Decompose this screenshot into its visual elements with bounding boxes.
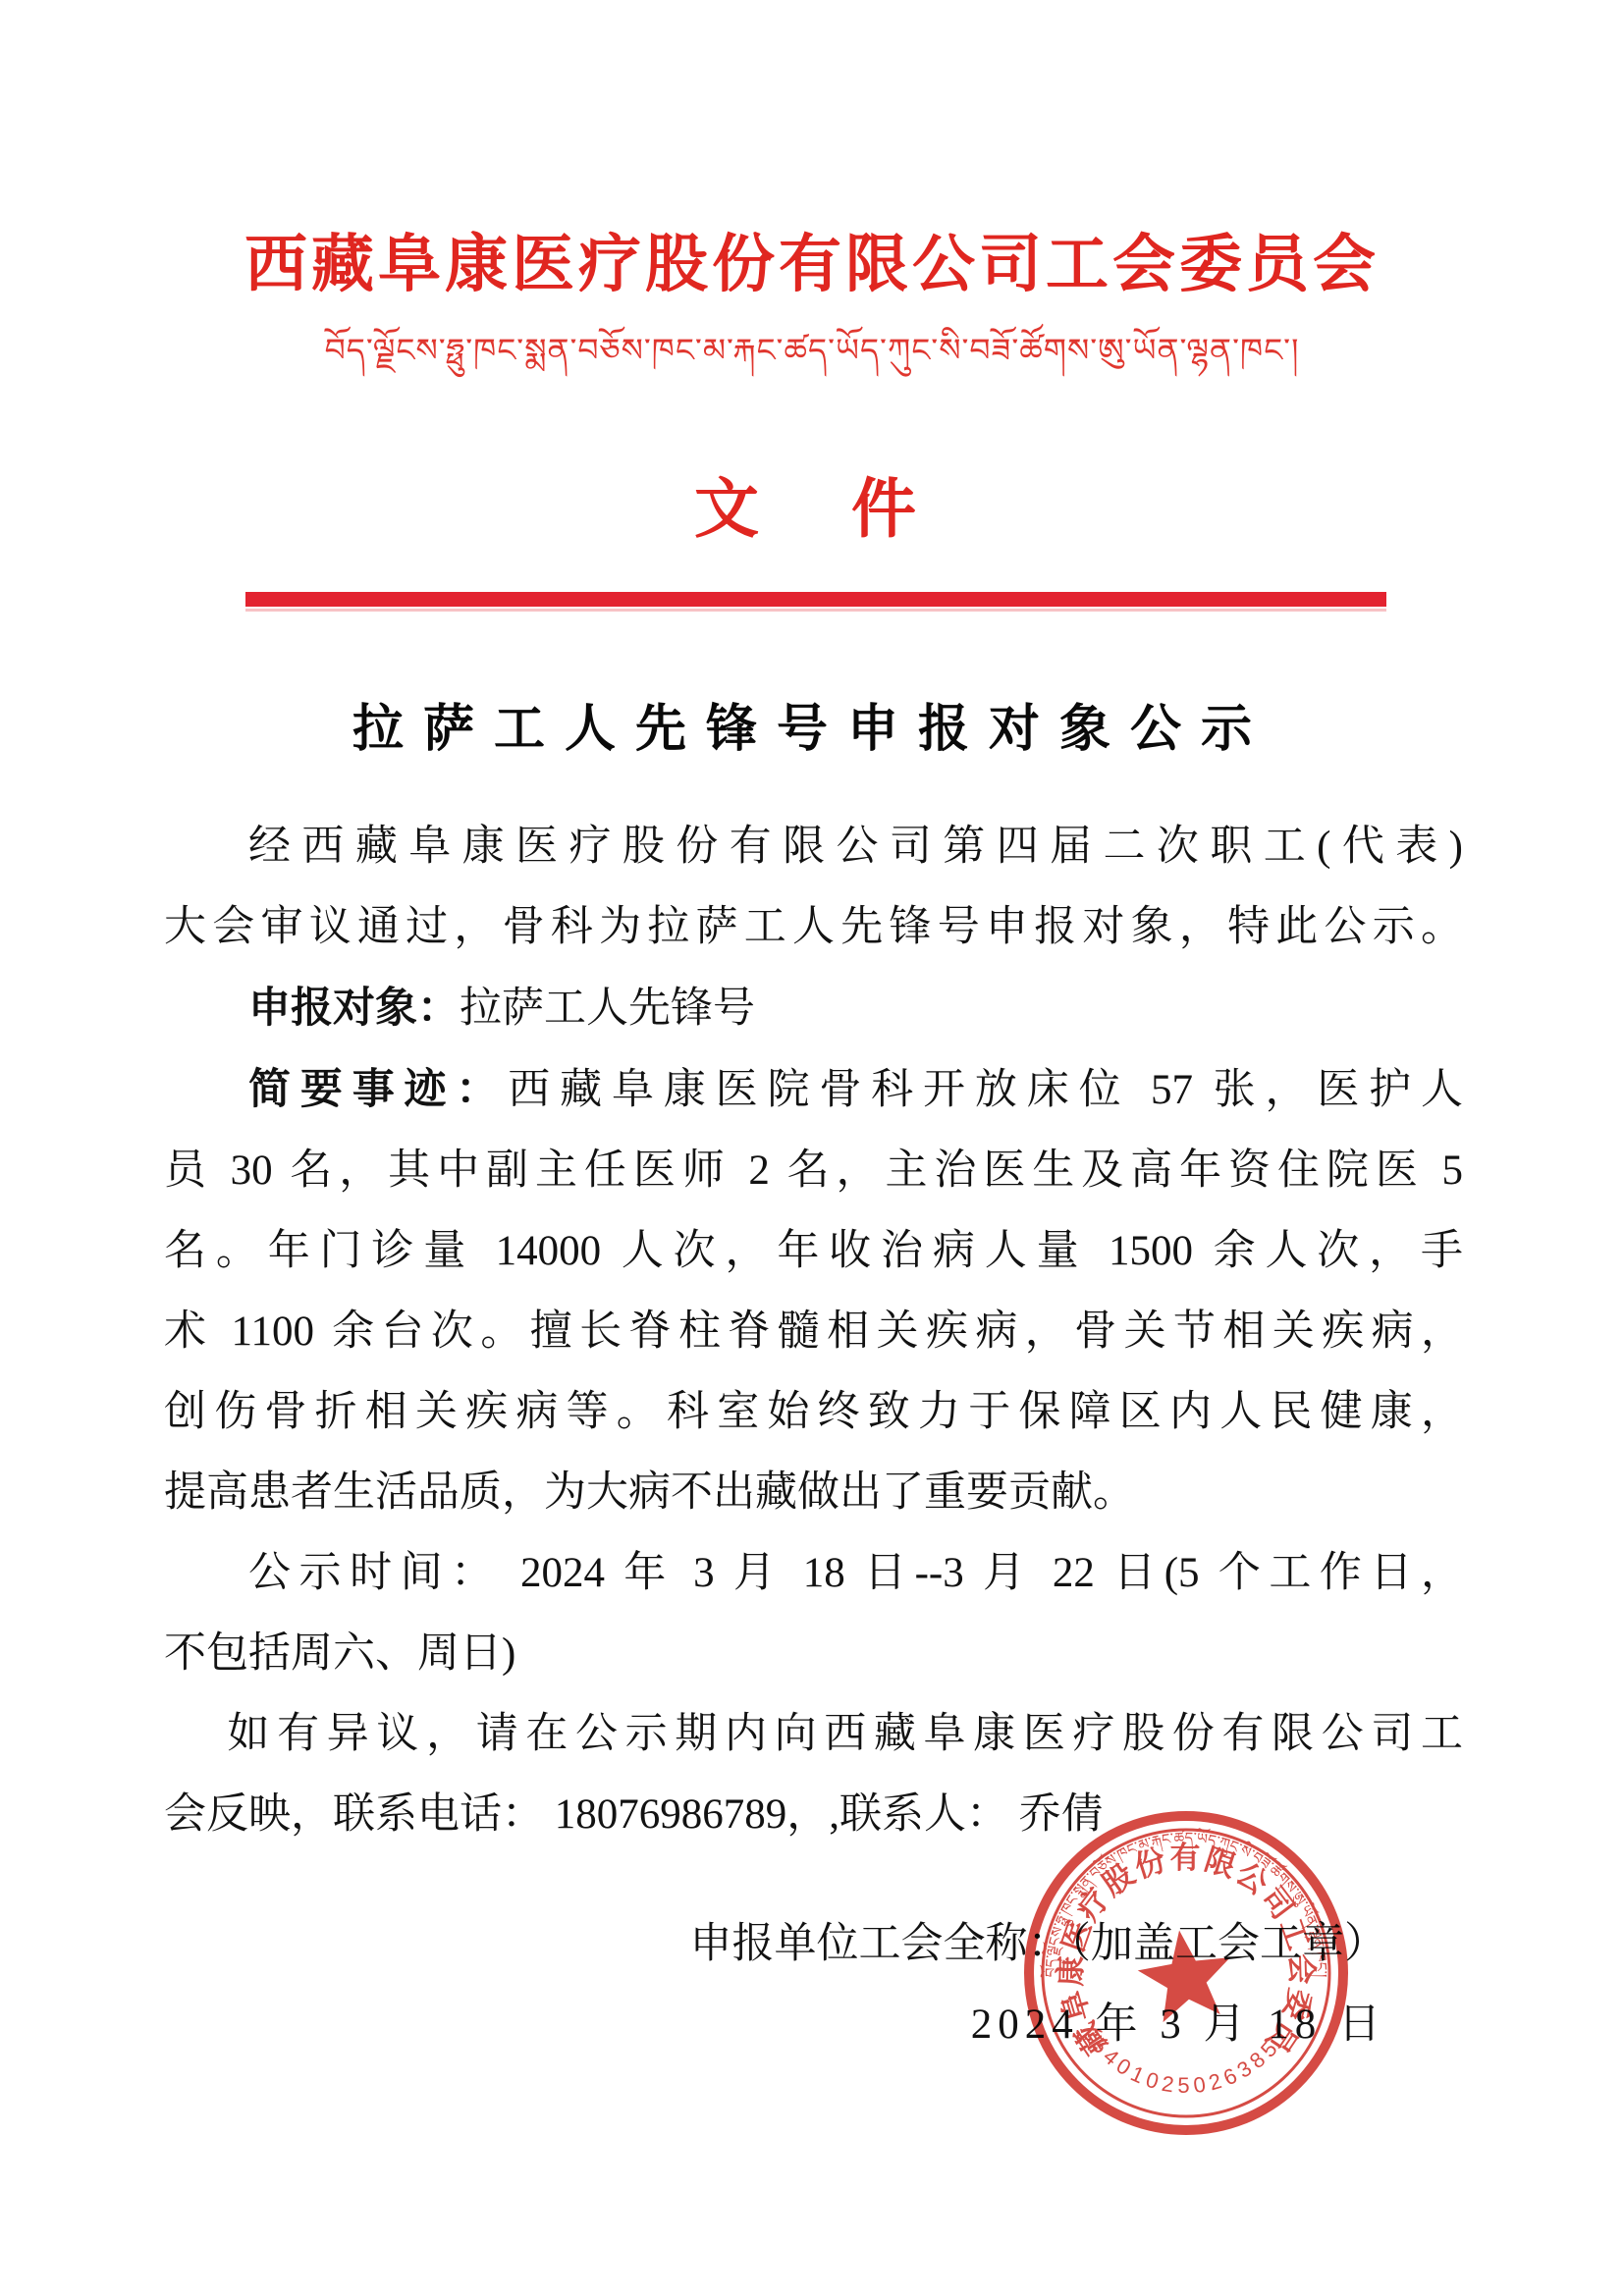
union-seal-stamp: བོད་ལྗོངས་ཧྥུ་ཁང་སྨན་བཅོས་ཁང་མ་རྐང་ཚད་ཡོ… xyxy=(1009,1796,1363,2150)
body-line: 简要事迹：西藏阜康医院骨科开放床位 57 张，医护人 xyxy=(164,1049,1463,1131)
line-text: 西藏阜康医院骨科开放床位 57 张，医护人 xyxy=(508,1067,1463,1113)
line-text: 拉萨工人先锋号 xyxy=(460,986,755,1032)
line-text: 不包括周六、周日) xyxy=(164,1630,515,1677)
body-line: 大会审议通过，骨科为拉萨工人先锋号申报对象，特此公示。 xyxy=(164,887,1463,968)
body-text: 经西藏阜康医疗股份有限公司第四届二次职工(代表) 大会审议通过，骨科为拉萨工人先… xyxy=(164,807,1463,1855)
body-line: 创伤骨折相关疾病等。科室始终致力于保障区内人民健康， xyxy=(164,1372,1463,1453)
org-name-tibetan: བོད་ལྗོངས་ཧྥུ་ཁང་སྨན་བཅོས་ཁང་མ་རྐང་ཚད་ཡོ… xyxy=(0,314,1624,405)
letterhead: 西藏阜康医疗股份有限公司工会委员会 བོད་ལྗོངས་ཧྥུ་ཁང་སྨན་བ… xyxy=(0,214,1624,550)
body-line: 公示时间： 2024 年 3 月 18 日--3 月 22 日(5 个工作日， xyxy=(164,1533,1463,1614)
line-text: 创伤骨折相关疾病等。科室始终致力于保障区内人民健康， xyxy=(164,1389,1463,1435)
org-name-chinese: 西藏阜康医疗股份有限公司工会委员会 xyxy=(0,214,1624,304)
body-line: 申报对象：拉萨工人先锋号 xyxy=(164,968,1463,1049)
line-text: 术 1100 余台次。擅长脊柱脊髓相关疾病，骨关节相关疾病， xyxy=(164,1308,1463,1355)
star-icon xyxy=(1133,1924,1238,2025)
body-line: 提高患者生活品质，为大病不出藏做出了重要贡献。 xyxy=(164,1453,1463,1533)
line-text: 经西藏阜康医疗股份有限公司第四届二次职工(代表) xyxy=(248,824,1463,870)
body-line: 员 30 名，其中副主任医师 2 名，主治医生及高年资住院医 5 xyxy=(164,1131,1463,1211)
body-line: 术 1100 余台次。擅长脊柱脊髓相关疾病，骨关节相关疾病， xyxy=(164,1292,1463,1372)
body-line: 不包括周六、周日) xyxy=(164,1614,1463,1694)
line-text: 会反映，联系电话： 18076986789，,联系人： 乔倩 xyxy=(164,1791,1104,1838)
line-text: 公示时间： 2024 年 3 月 18 日--3 月 22 日(5 个工作日， xyxy=(248,1550,1463,1596)
body-line: 名。年门诊量 14000 人次，年收治病人量 1500 余人次，手 xyxy=(164,1211,1463,1292)
red-separator-rule xyxy=(245,592,1386,607)
line-text: 提高患者生活品质，为大病不出藏做出了重要贡献。 xyxy=(164,1469,1135,1516)
body-line: 经西藏阜康医疗股份有限公司第四届二次职工(代表) xyxy=(164,807,1463,887)
line-text: 如有异议，请在公示期内向西藏阜康医疗股份有限公司工 xyxy=(228,1711,1464,1757)
stamp-serial-number: 5401025026385 xyxy=(1087,2033,1285,2098)
line-text: 员 30 名，其中副主任医师 2 名，主治医生及高年资住院医 5 xyxy=(164,1148,1463,1194)
line-bold-label: 简要事迹： xyxy=(248,1066,508,1113)
official-document-page: 西藏阜康医疗股份有限公司工会委员会 བོད་ལྗོངས་ཧྥུ་ཁང་སྨན་བ… xyxy=(0,0,1624,2296)
body-line: 如有异议，请在公示期内向西藏阜康医疗股份有限公司工 xyxy=(164,1694,1463,1775)
line-text: 名。年门诊量 14000 人次，年收治病人量 1500 余人次，手 xyxy=(164,1228,1463,1274)
line-text: 大会审议通过，骨科为拉萨工人先锋号申报对象，特此公示。 xyxy=(164,904,1463,950)
doc-title: 拉萨工人先锋号申报对象公示 xyxy=(0,687,1624,761)
doc-type-label: 文 件 xyxy=(0,456,1624,550)
line-bold-label: 申报对象： xyxy=(248,985,460,1032)
